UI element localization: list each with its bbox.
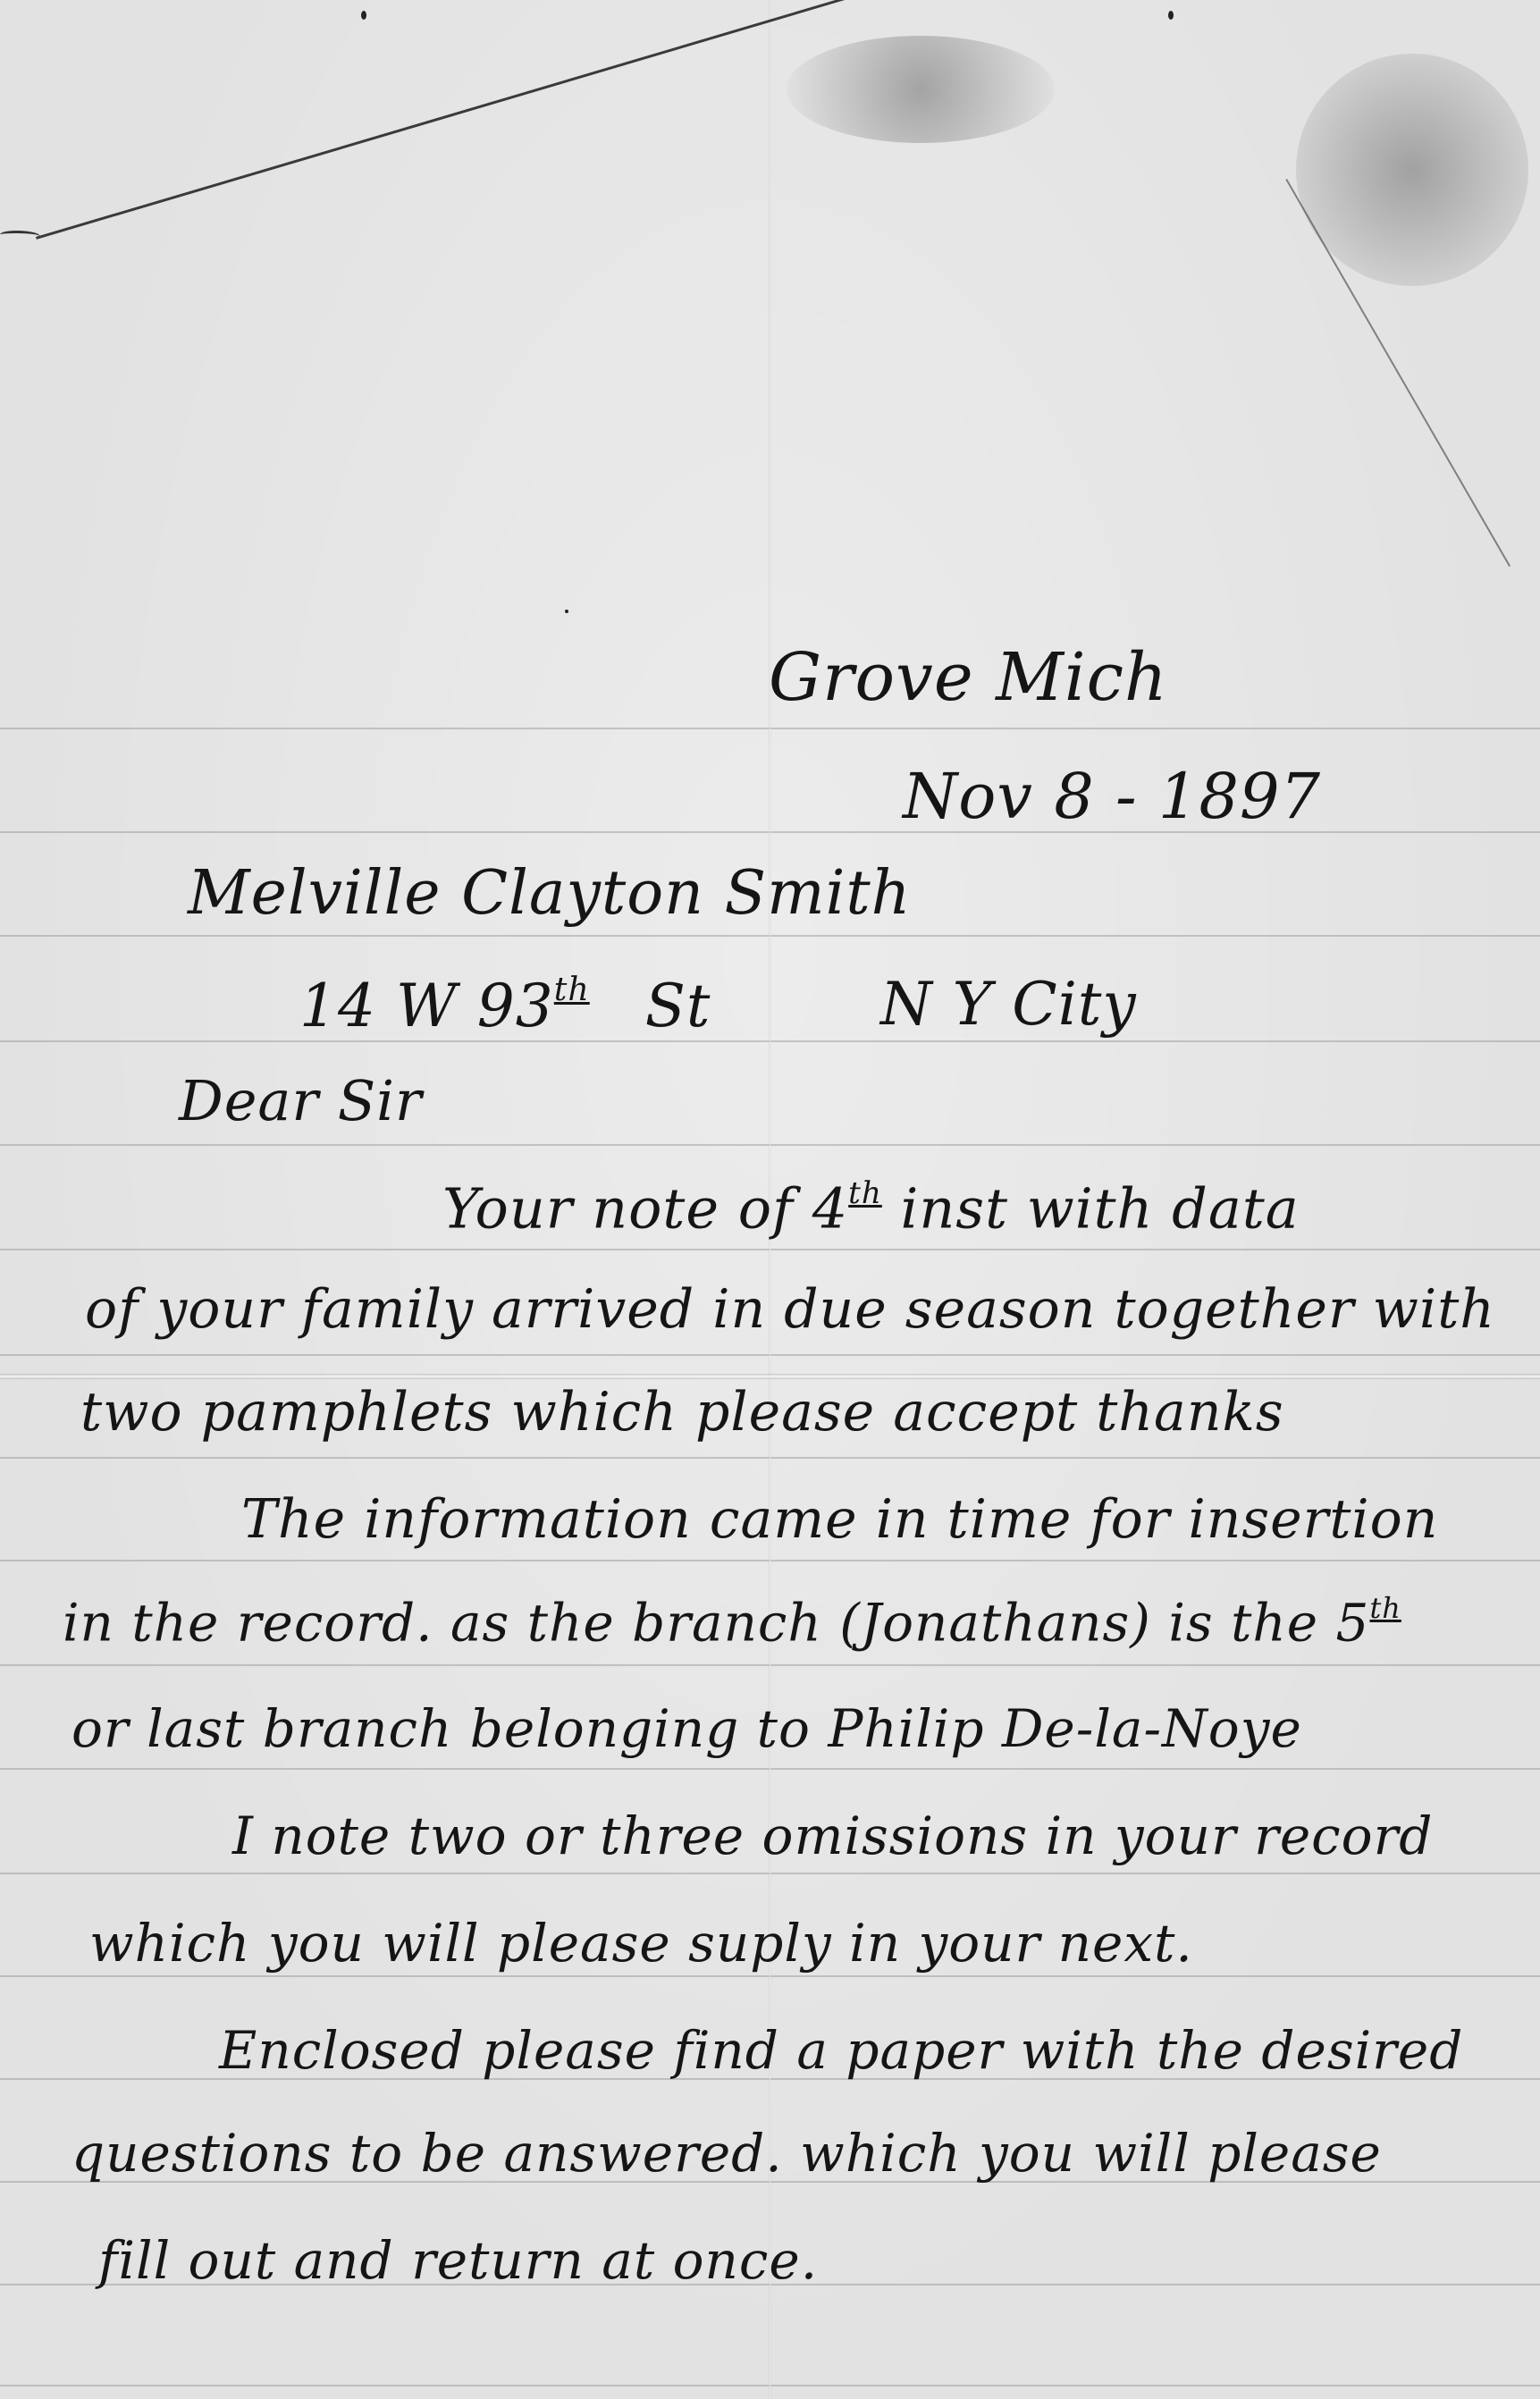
street-number: 14 W 93: [299, 972, 554, 1040]
body-line: of your family arrived in due season tog…: [85, 1278, 1495, 1341]
body-line: or last branch belonging to Philip De-la…: [72, 1698, 1302, 1759]
body-line: in the record. as the branch (Jonathans)…: [63, 1591, 1401, 1654]
letter-date: Nov 8 - 1897: [903, 760, 1321, 833]
letter-page: Grove Mich Nov 8 - 1897 Melville Clayton…: [0, 0, 1540, 2399]
edge-tear: [0, 231, 40, 240]
body-line: I note two or three omissions in your re…: [232, 1806, 1433, 1866]
street-type: St: [645, 972, 711, 1040]
recipient-address: 14 W 93th St: [299, 970, 711, 1040]
body-line: fill out and return at once.: [98, 2230, 818, 2291]
ink-spot: [361, 11, 366, 20]
stain: [787, 36, 1055, 143]
street-suffix: th: [554, 970, 590, 1008]
ink-spot: [565, 610, 568, 613]
diagonal-crease: [36, 0, 876, 240]
salutation: Dear Sir: [179, 1068, 423, 1133]
body-line: which you will please suply in your next…: [89, 1913, 1193, 1974]
ink-spot: [1168, 11, 1174, 20]
recipient-city: N Y City: [880, 970, 1137, 1039]
recipient-name: Melville Clayton Smith: [188, 858, 911, 929]
body-line: two pamphlets which please accept thanks: [80, 1381, 1284, 1444]
horizontal-fold: [0, 1374, 1540, 1379]
body-line: Enclosed please find a paper with the de…: [219, 2020, 1463, 2081]
letter-place: Grove Mich: [769, 639, 1168, 716]
body-line: Your note of 4th inst with data: [442, 1175, 1300, 1241]
body-line: questions to be answered. which you will…: [72, 2123, 1382, 2184]
body-line: The information came in time for inserti…: [241, 1488, 1438, 1551]
stain: [1296, 54, 1528, 286]
